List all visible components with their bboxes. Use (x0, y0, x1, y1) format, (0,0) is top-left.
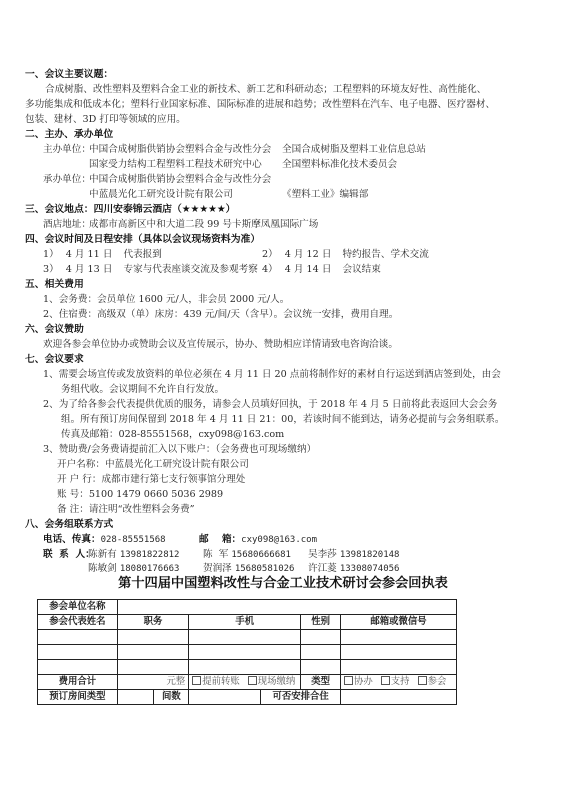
contact-6: 许江菱 13308074056 (308, 562, 399, 576)
schedule-no: 4） (262, 264, 278, 275)
checkbox-prepay[interactable]: 提前转账 (192, 676, 240, 687)
section-1-line-3: 包装、建材、3D 打印等领域的应用。 (25, 113, 186, 126)
email-value[interactable]: cxy098@163.com (241, 535, 317, 545)
section-7-heading: 七、会议要求 (25, 353, 84, 366)
header-row: 参会代表姓名 职务 手机 性别 邮箱或微信号 (38, 615, 457, 630)
fee-accommodation: 2、住宿费：高级双（单）床房：439 元/间/天（含早）。会议统一安排，费用自理… (43, 308, 398, 321)
phone-label: 电话、传真： (43, 534, 101, 545)
org-row: 参会单位名称 (38, 600, 457, 615)
fax-email-line: 传真及邮箱：028-85551568，cxy098@163.com (61, 428, 284, 441)
position-cell[interactable] (117, 630, 188, 645)
organizer-label: 承办单位： (43, 173, 91, 186)
room-row: 预订房间类型 间数 可否安排合住 (38, 690, 457, 705)
fee-unit: 元整 (167, 676, 186, 687)
mobile-cell[interactable] (189, 660, 301, 675)
org-input[interactable] (117, 600, 456, 615)
section-4-heading: 四、会议时间及日程安排（具体以会议现场资料为准） (25, 233, 260, 246)
phone-value: 028-85551568 (101, 535, 166, 545)
checkbox-attend[interactable]: 参会 (418, 676, 447, 687)
account-number: 账 号：5100 1479 0660 5036 2989 (57, 488, 223, 501)
phone-row: 电话、传真：028-85551568 (43, 533, 166, 547)
document-page: 一、会议主要议题： 合成树脂、改性塑料及塑料合金工业的新技术、新工艺和科研动态；… (0, 0, 566, 800)
contact-5: 贺润泽 15680581026 (203, 562, 294, 576)
account-note: 备 注：请注明“改性塑料会务费” (57, 503, 195, 516)
host-label: 主办单位： (43, 143, 91, 156)
email-label: 邮 箱： (199, 534, 241, 545)
schedule-item-4: 4） 4 月 14 日 会议结束 (262, 263, 381, 276)
requirement-3-line: 3、赞助费/会务费请提前汇入以下账户：（会务费也可现场缴纳） (43, 443, 316, 456)
schedule-activity: 代表报到 (123, 249, 161, 260)
requirement-1-line-1: 1、需要会场宣传或发放资料的单位必须在 4 月 11 日 20 点前将制作好的素… (43, 368, 501, 381)
requirement-2-line-1: 2、为了给各参会代表提供优质的服务，请参会人员填好回执，于 2018 年 4 月… (43, 398, 497, 411)
schedule-date: 4 月 13 日 (66, 264, 113, 275)
checkbox-icon (381, 676, 390, 685)
registration-form-table: 参会单位名称 参会代表姓名 职务 手机 性别 邮箱或微信号 (37, 599, 457, 705)
schedule-date: 4 月 11 日 (66, 249, 113, 260)
schedule-date: 4 月 14 日 (285, 264, 332, 275)
section-1-heading: 一、会议主要议题： (25, 68, 113, 81)
mobile-cell[interactable] (189, 645, 301, 660)
schedule-activity: 会议结束 (342, 264, 380, 275)
header-mobile: 手机 (189, 615, 301, 630)
table-row (38, 660, 457, 675)
table-row (38, 630, 457, 645)
schedule-date: 4 月 12 日 (285, 249, 332, 260)
room-count-input[interactable] (189, 690, 261, 705)
contact-1: 陈新有 13981822812 (88, 548, 179, 562)
section-1-line-2: 多功能集成和低成本化；塑料行业国家标准、国际标准的进展和趋势；改性塑料在汽车、电… (25, 98, 495, 111)
checkbox-support[interactable]: 支持 (381, 676, 410, 687)
hotel-address-label: 酒店地址： (43, 218, 91, 231)
host-3: 国家受力结构工程塑料工程技术研究中心 (89, 158, 262, 171)
organizer-2: 中蓝晨光化工研究设计院有限公司 (89, 188, 233, 201)
schedule-activity: 特约报告、学术交流 (342, 249, 428, 260)
contact-3: 吴李莎 13981820148 (308, 548, 399, 562)
hotel-address: 成都市高新区中和大道二段 99 号卡斯摩凤凰国际广场 (89, 218, 318, 231)
checkbox-icon (418, 676, 427, 685)
checkbox-icon (192, 676, 201, 685)
room-type-label: 预订房间类型 (38, 690, 118, 705)
organizer-1: 中国合成树脂供销协会塑料合金与改性分会 (89, 173, 271, 186)
fee-label: 费用合计 (38, 675, 118, 690)
section-5-heading: 五、相关费用 (25, 278, 84, 291)
header-gender: 性别 (301, 615, 341, 630)
gender-cell[interactable] (301, 660, 341, 675)
schedule-item-2: 2） 4 月 12 日 特约报告、学术交流 (262, 248, 429, 261)
schedule-no: 3） (43, 264, 59, 275)
type-label: 类型 (301, 675, 341, 690)
checkbox-onsite[interactable]: 现场缴纳 (248, 676, 296, 687)
schedule-no: 1） (43, 249, 59, 260)
fee-row: 费用合计 元整 提前转账现场缴纳 类型 协办支持参会 (38, 675, 457, 690)
host-1: 中国合成树脂供销协会塑料合金与改性分会 (89, 143, 271, 156)
account-name: 开户名称：中蓝晨光化工研究设计院有限公司 (57, 458, 249, 471)
checkbox-co-organizer[interactable]: 协办 (344, 676, 373, 687)
schedule-activity: 专家与代表座谈交流及参观考察 (123, 264, 257, 275)
header-position: 职务 (117, 615, 188, 630)
contact-label: 联 系 人： (43, 548, 95, 561)
checkbox-icon (248, 676, 257, 685)
contact-4: 陈敏剑 18080176663 (88, 562, 179, 576)
requirement-2-line-2: 组。所有预订房间保留到 2018 年 4 月 11 日 21：00，若该时间不能… (61, 413, 504, 426)
section-2-heading: 二、主办、承办单位 (25, 128, 113, 141)
schedule-item-3: 3） 4 月 13 日 专家与代表座谈交流及参观考察 (43, 263, 258, 276)
host-4: 全国塑料标准化技术委员会 (282, 158, 397, 171)
gender-cell[interactable] (301, 630, 341, 645)
room-count-label: 间数 (154, 690, 189, 705)
position-cell[interactable] (117, 660, 188, 675)
requirement-1-line-2: 务组代收。会议期间不允许自行发放。 (61, 383, 224, 396)
header-name: 参会代表姓名 (38, 615, 118, 630)
type-options: 协办支持参会 (341, 675, 457, 690)
share-room-input[interactable] (341, 690, 457, 705)
room-type-input[interactable] (117, 690, 154, 705)
email-cell[interactable] (341, 660, 457, 675)
org-label: 参会单位名称 (38, 600, 118, 615)
email-cell[interactable] (341, 645, 457, 660)
position-cell[interactable] (117, 645, 188, 660)
name-cell[interactable] (38, 630, 118, 645)
sponsorship-text: 欢迎各参会单位协办或赞助会议及宣传展示，协办、赞助相应详情请致电咨询洽谈。 (43, 338, 398, 351)
name-cell[interactable] (38, 645, 118, 660)
email-cell[interactable] (341, 630, 457, 645)
checkbox-icon (344, 676, 353, 685)
form-title: 第十四届中国塑料改性与合金工业技术研讨会参会回执表 (0, 577, 566, 590)
share-room-label: 可否安排合住 (261, 690, 341, 705)
table-row (38, 645, 457, 660)
fee-amount-input[interactable]: 元整 (117, 675, 188, 690)
schedule-no: 2） (262, 249, 278, 260)
fee-registration: 1、会务费：会员单位 1600 元/人，非会员 2000 元/人。 (43, 293, 289, 306)
mobile-cell[interactable] (189, 630, 301, 645)
account-bank: 开 户 行：成都市建行第七支行领事馆分理处 (57, 473, 245, 486)
name-cell[interactable] (38, 660, 118, 675)
header-email-wechat: 邮箱或微信号 (341, 615, 457, 630)
section-6-heading: 六、会议赞助 (25, 323, 84, 336)
section-3-heading: 三、会议地点：四川安泰锦云酒店（★★★★★） (25, 203, 235, 216)
organizer-3: 《塑料工业》编辑部 (282, 188, 368, 201)
gender-cell[interactable] (301, 645, 341, 660)
email-row: 邮 箱：cxy098@163.com (199, 533, 317, 547)
schedule-item-1: 1） 4 月 11 日 代表报到 (43, 248, 162, 261)
contact-2: 陈 军 15680666681 (203, 548, 291, 562)
section-1-line-1: 合成树脂、改性塑料及塑料合金工业的新技术、新工艺和科研动态；工程塑料的环境友好性… (45, 83, 486, 96)
section-8-heading: 八、会务组联系方式 (25, 518, 113, 531)
host-2: 全国合成树脂及塑料工业信息总站 (282, 143, 426, 156)
payment-options: 提前转账现场缴纳 (189, 675, 301, 690)
